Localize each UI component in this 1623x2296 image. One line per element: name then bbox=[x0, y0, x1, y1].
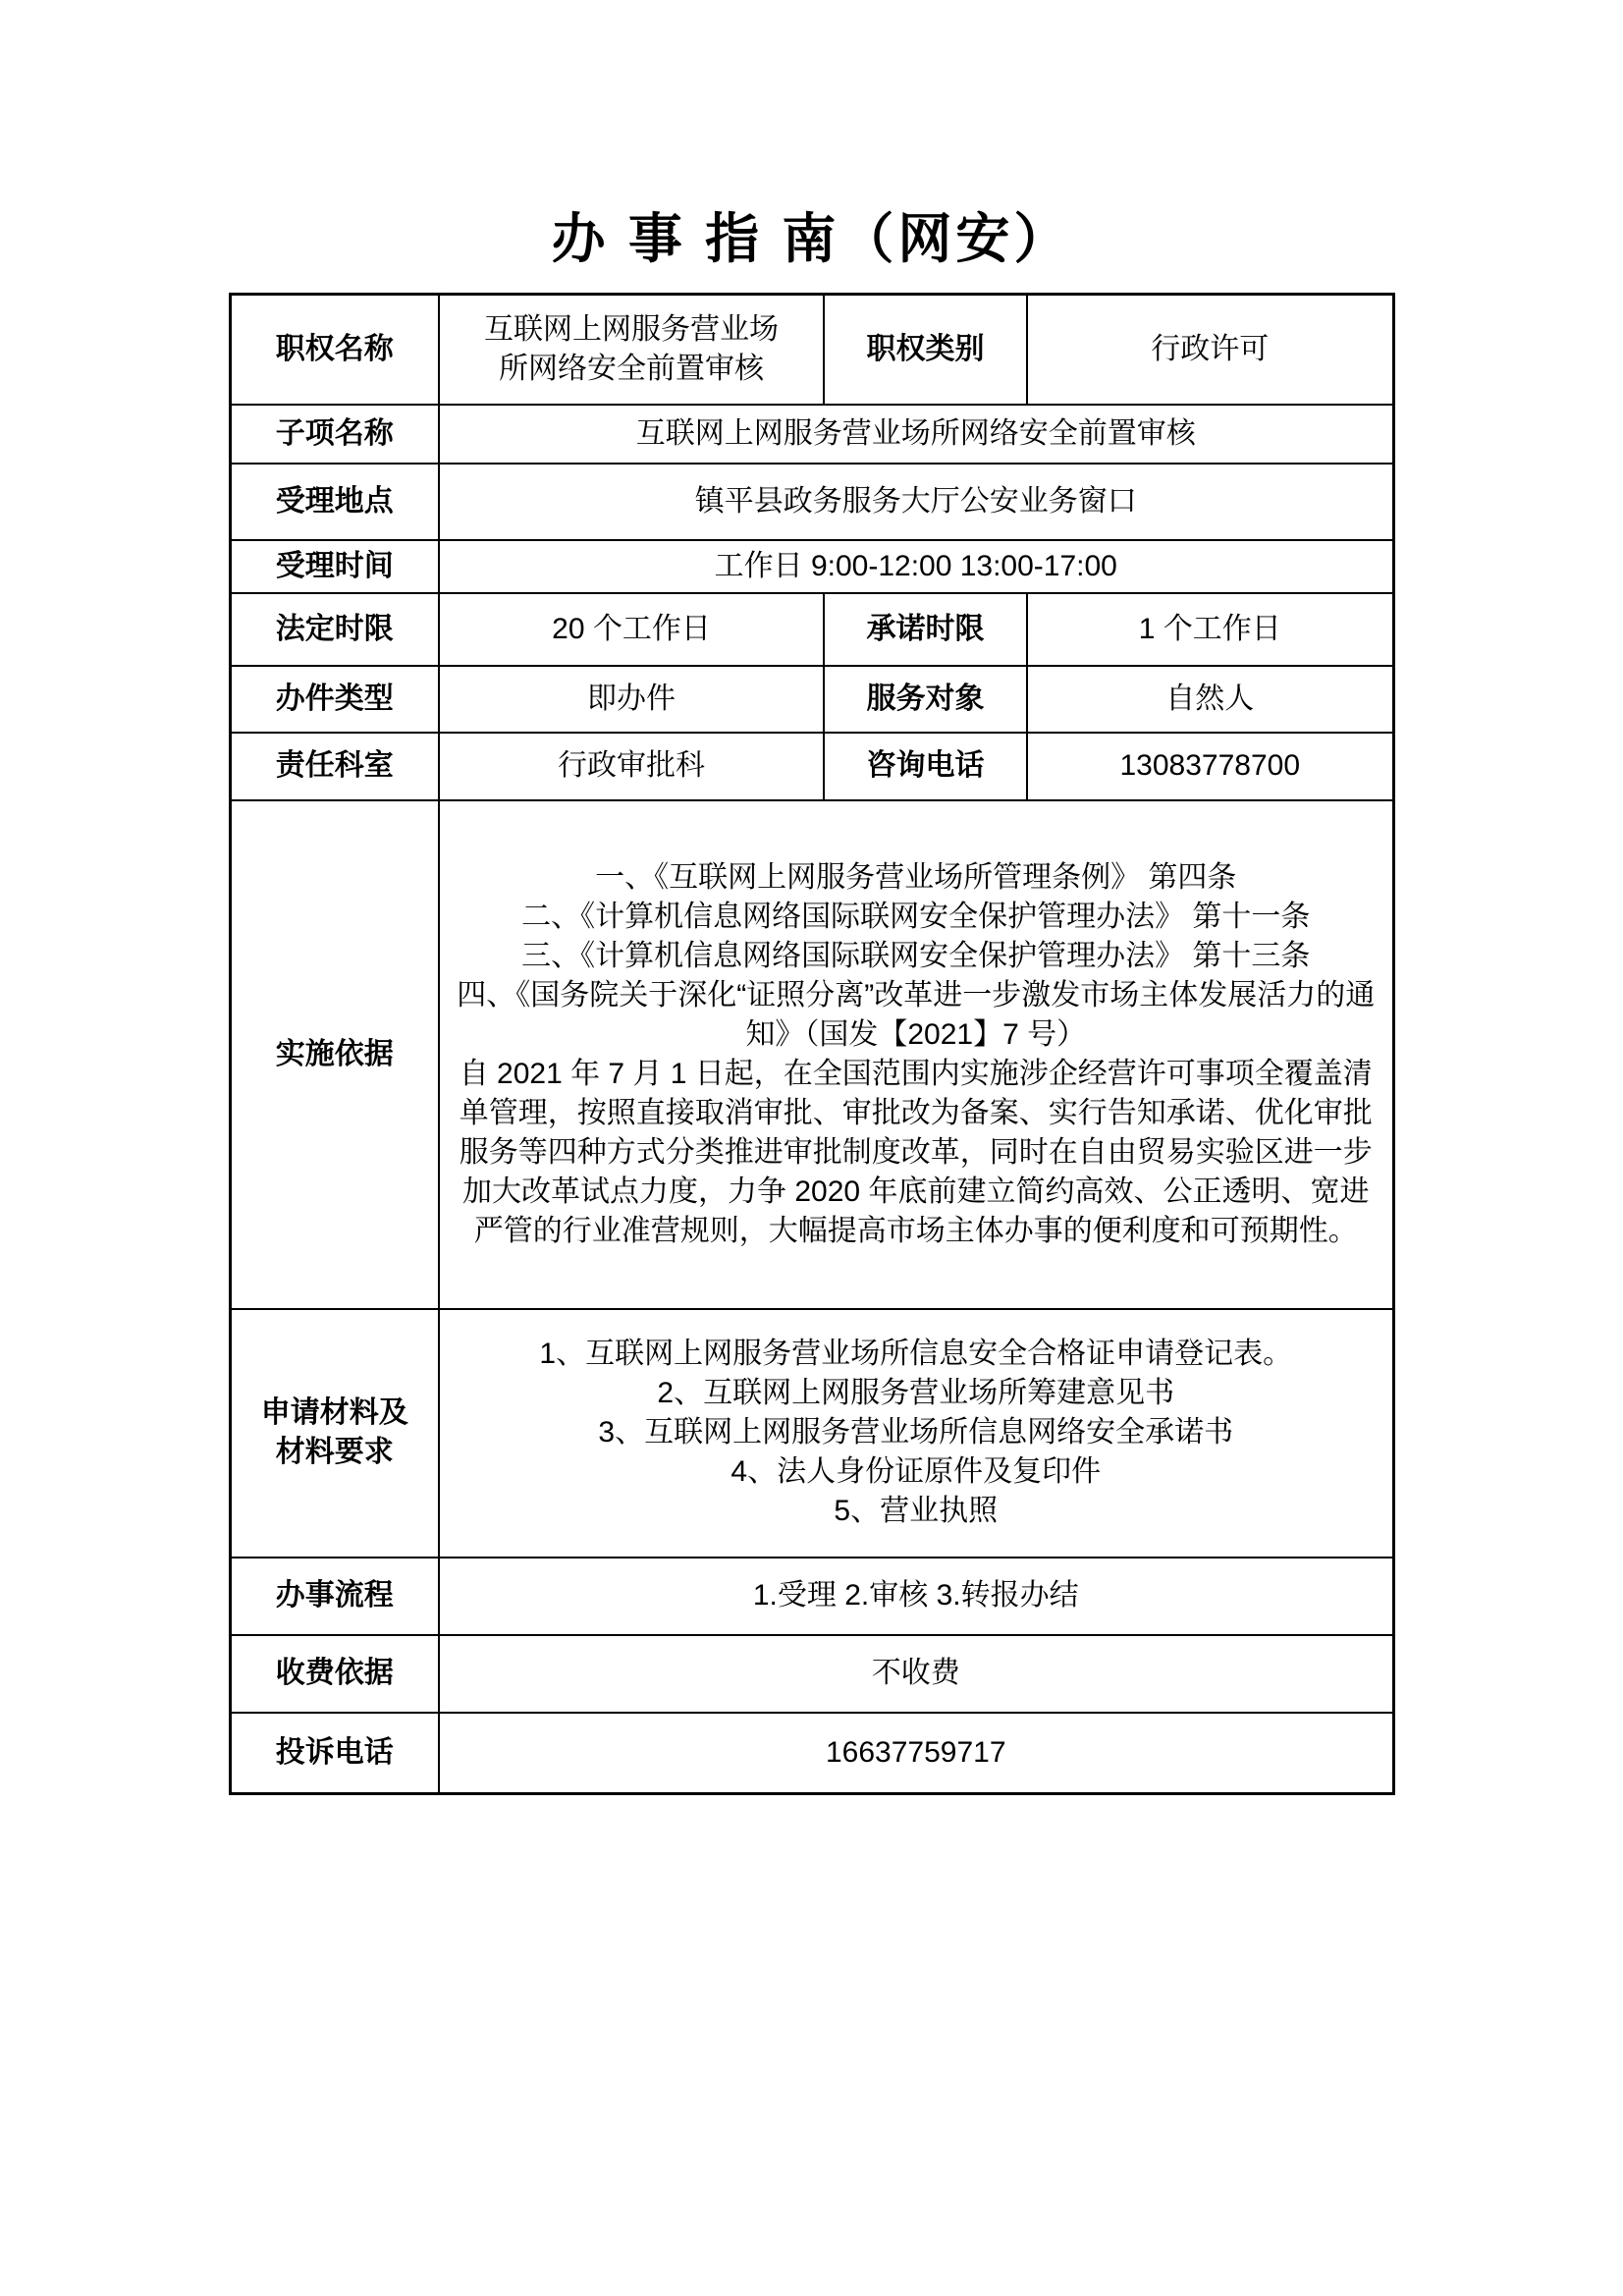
application-materials-label: 申请材料及 材料要求 bbox=[230, 1309, 439, 1558]
handling-type-label: 办件类型 bbox=[230, 666, 439, 733]
acceptance-location-value: 镇平县政务服务大厅公安业务窗口 bbox=[439, 464, 1393, 540]
table-row: 受理时间 工作日 9:00-12:00 13:00-17:00 bbox=[230, 540, 1393, 593]
promised-limit-label: 承诺时限 bbox=[824, 593, 1027, 666]
table-row: 办事流程 1.受理 2.审核 3.转报办结 bbox=[230, 1558, 1393, 1635]
table-row: 法定时限 20 个工作日 承诺时限 1 个工作日 bbox=[230, 593, 1393, 666]
statutory-limit-label: 法定时限 bbox=[230, 593, 439, 666]
subitem-name-value: 互联网上网服务营业场所网络安全前置审核 bbox=[439, 405, 1393, 464]
implementation-basis-value: 一、《互联网上网服务营业场所管理条例》 第四条 二、《计算机信息网络国际联网安全… bbox=[439, 800, 1393, 1309]
complaint-phone-value: 16637759717 bbox=[439, 1713, 1393, 1794]
process-label: 办事流程 bbox=[230, 1558, 439, 1635]
fee-basis-value: 不收费 bbox=[439, 1635, 1393, 1713]
subitem-name-label: 子项名称 bbox=[230, 405, 439, 464]
service-target-value: 自然人 bbox=[1027, 666, 1393, 733]
acceptance-time-label: 受理时间 bbox=[230, 540, 439, 593]
acceptance-time-value: 工作日 9:00-12:00 13:00-17:00 bbox=[439, 540, 1393, 593]
acceptance-location-label: 受理地点 bbox=[230, 464, 439, 540]
authority-name-value: 互联网上网服务营业场 所网络安全前置审核 bbox=[439, 295, 824, 405]
table-row: 实施依据 一、《互联网上网服务营业场所管理条例》 第四条 二、《计算机信息网络国… bbox=[230, 800, 1393, 1309]
responsible-department-value: 行政审批科 bbox=[439, 733, 824, 800]
process-value: 1.受理 2.审核 3.转报办结 bbox=[439, 1558, 1393, 1635]
table-row: 申请材料及 材料要求 1、互联网上网服务营业场所信息安全合格证申请登记表。 2、… bbox=[230, 1309, 1393, 1558]
table-row: 职权名称 互联网上网服务营业场 所网络安全前置审核 职权类别 行政许可 bbox=[230, 295, 1393, 405]
authority-name-label: 职权名称 bbox=[230, 295, 439, 405]
application-materials-value: 1、互联网上网服务营业场所信息安全合格证申请登记表。 2、互联网上网服务营业场所… bbox=[439, 1309, 1393, 1558]
service-target-label: 服务对象 bbox=[824, 666, 1027, 733]
table-row: 责任科室 行政审批科 咨询电话 13083778700 bbox=[230, 733, 1393, 800]
authority-type-value: 行政许可 bbox=[1027, 295, 1393, 405]
table-row: 子项名称 互联网上网服务营业场所网络安全前置审核 bbox=[230, 405, 1393, 464]
consultation-phone-label: 咨询电话 bbox=[824, 733, 1027, 800]
document-page: 办 事 指 南（网安） 职权名称 互联网上网服务营业场 所网络安全前置审核 职权… bbox=[0, 0, 1623, 2296]
consultation-phone-value: 13083778700 bbox=[1027, 733, 1393, 800]
table-row: 受理地点 镇平县政务服务大厅公安业务窗口 bbox=[230, 464, 1393, 540]
promised-limit-value: 1 个工作日 bbox=[1027, 593, 1393, 666]
implementation-basis-label: 实施依据 bbox=[230, 800, 439, 1309]
table-row: 办件类型 即办件 服务对象 自然人 bbox=[230, 666, 1393, 733]
authority-type-label: 职权类别 bbox=[824, 295, 1027, 405]
complaint-phone-label: 投诉电话 bbox=[230, 1713, 439, 1794]
fee-basis-label: 收费依据 bbox=[230, 1635, 439, 1713]
table-row: 投诉电话 16637759717 bbox=[230, 1713, 1393, 1794]
handling-type-value: 即办件 bbox=[439, 666, 824, 733]
service-guide-table: 职权名称 互联网上网服务营业场 所网络安全前置审核 职权类别 行政许可 子项名称… bbox=[229, 293, 1395, 1795]
statutory-limit-value: 20 个工作日 bbox=[439, 593, 824, 666]
table-row: 收费依据 不收费 bbox=[230, 1635, 1393, 1713]
page-title: 办 事 指 南（网安） bbox=[0, 0, 1623, 268]
responsible-department-label: 责任科室 bbox=[230, 733, 439, 800]
